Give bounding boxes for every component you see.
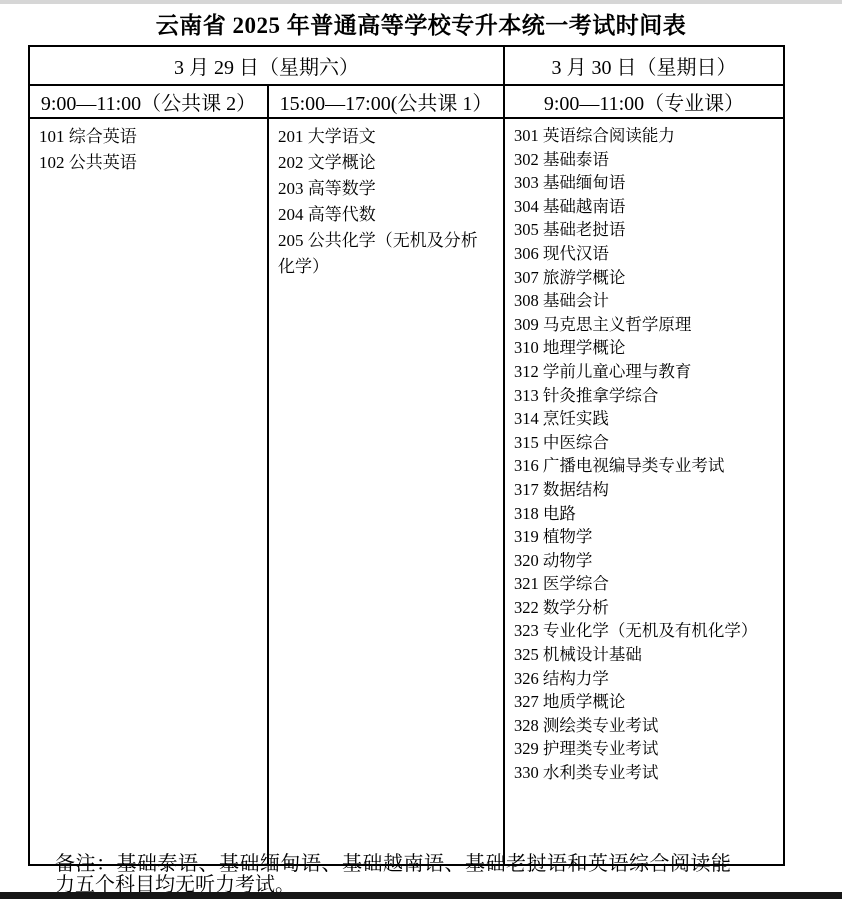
date-header-saturday: 3 月 29 日（星期六） (29, 46, 504, 85)
course-item: 323 专业化学（无机及有机化学） (514, 619, 777, 643)
course-item: 310 地理学概论 (514, 336, 777, 360)
course-item: 321 医学综合 (514, 572, 777, 596)
course-item: 201 大学语文 (278, 124, 487, 150)
course-item: 317 数据结构 (514, 478, 777, 502)
course-item: 318 电路 (514, 502, 777, 526)
course-list-major-course: 301 英语综合阅读能力302 基础泰语303 基础缅甸语304 基础越南语30… (504, 118, 784, 865)
course-item: 203 高等数学 (278, 176, 487, 202)
course-item: 329 护理类专业考试 (514, 737, 777, 761)
course-item: 312 学前儿童心理与教育 (514, 360, 777, 384)
course-item: 304 基础越南语 (514, 195, 777, 219)
course-item: 325 机械设计基础 (514, 643, 777, 667)
course-item: 102 公共英语 (39, 150, 261, 176)
course-item: 302 基础泰语 (514, 148, 777, 172)
course-item: 327 地质学概论 (514, 690, 777, 714)
course-item: 314 烹饪实践 (514, 407, 777, 431)
course-item: 328 测绘类专业考试 (514, 714, 777, 738)
session-header-public-course-2: 9:00—11:00（公共课 2） (29, 85, 268, 118)
course-item: 306 现代汉语 (514, 242, 777, 266)
course-item: 101 综合英语 (39, 124, 261, 150)
course-item: 308 基础会计 (514, 289, 777, 313)
course-list-public-course-2: 101 综合英语102 公共英语 (29, 118, 268, 865)
page-title: 云南省 2025 年普通高等学校专升本统一考试时间表 (0, 7, 842, 40)
course-item: 202 文学概论 (278, 150, 487, 176)
date-header-row: 3 月 29 日（星期六） 3 月 30 日（星期日） (29, 46, 784, 85)
course-item: 330 水利类专业考试 (514, 761, 777, 785)
footnote: 备注：基础泰语、基础缅甸语、基础越南语、基础老挝语和英语综合阅读能力五个科目均无… (55, 854, 731, 895)
course-item: 320 动物学 (514, 549, 777, 573)
session-header-row: 9:00—11:00（公共课 2） 15:00—17:00(公共课 1） 9:0… (29, 85, 784, 118)
course-list-row: 101 综合英语102 公共英语 201 大学语文202 文学概论203 高等数… (29, 118, 784, 865)
exam-schedule-table: 3 月 29 日（星期六） 3 月 30 日（星期日） 9:00—11:00（公… (28, 45, 785, 866)
course-item: 305 基础老挝语 (514, 218, 777, 242)
course-item: 205 公共化学（无机及分析化学） (278, 228, 487, 280)
course-item: 313 针灸推拿学综合 (514, 384, 777, 408)
course-item: 307 旅游学概论 (514, 266, 777, 290)
course-item: 326 结构力学 (514, 667, 777, 691)
course-item: 309 马克思主义哲学原理 (514, 313, 777, 337)
course-item: 322 数学分析 (514, 596, 777, 620)
course-item: 315 中医综合 (514, 431, 777, 455)
course-item: 301 英语综合阅读能力 (514, 124, 777, 148)
course-item: 204 高等代数 (278, 202, 487, 228)
course-item: 303 基础缅甸语 (514, 171, 777, 195)
session-header-major-course: 9:00—11:00（专业课） (504, 85, 784, 118)
scan-edge-bottom (0, 892, 842, 899)
course-item: 319 植物学 (514, 525, 777, 549)
course-list-public-course-1: 201 大学语文202 文学概论203 高等数学204 高等代数205 公共化学… (268, 118, 504, 865)
session-header-public-course-1: 15:00—17:00(公共课 1） (268, 85, 504, 118)
course-item: 316 广播电视编导类专业考试 (514, 454, 777, 478)
date-header-sunday: 3 月 30 日（星期日） (504, 46, 784, 85)
scan-edge-top (0, 0, 842, 4)
